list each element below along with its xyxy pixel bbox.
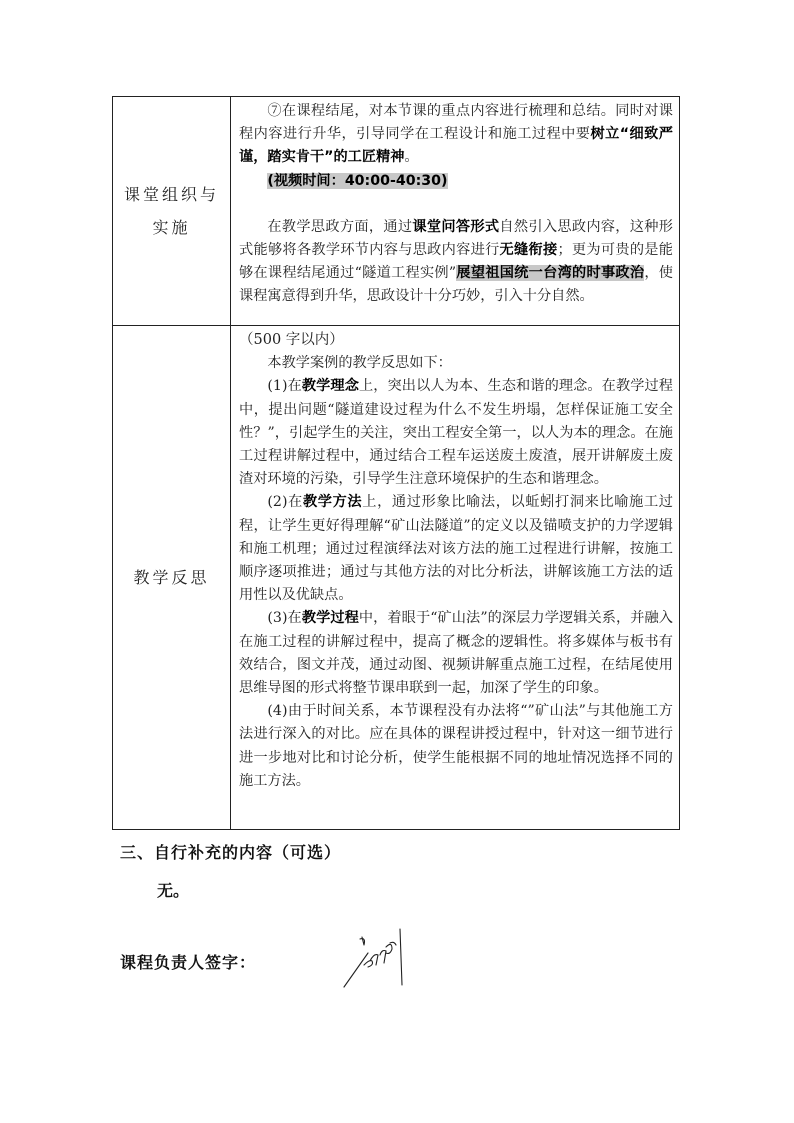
reflection-item-3: (3)在教学过程中，着眼于“矿山法”的深层力学逻辑关系，并融入在施工过程的讲解过…: [239, 607, 673, 700]
row-label-reflection: 教学反思: [113, 326, 231, 829]
section-3-body: 无。: [157, 878, 189, 901]
course-table: 课堂组织与 实施 ⑦在课程结尾，对本节课的重点内容进行梳理和总结。同时对课程内容…: [112, 96, 680, 830]
text-span: 上，突出以人为本、生态和谐的理念。在教学过程中，提出问题“隧道建设过程为什么不发…: [239, 378, 673, 487]
politics-highlight: 展望祖国统一台湾的时事政治: [456, 265, 644, 281]
reflection-intro: 本教学案例的教学反思如下：: [239, 352, 673, 375]
spacer: [239, 193, 673, 216]
video-time-line: (视频时间：40:00-40:30): [239, 170, 673, 193]
handwritten-signature-icon: [340, 925, 420, 990]
text-span: 在教学思政方面，通过: [267, 219, 412, 235]
row-label-organization: 课堂组织与 实施: [113, 97, 231, 325]
text-span: (1)在: [267, 378, 301, 394]
text-span: 。: [404, 149, 418, 165]
section-3-heading: 三、自行补充的内容（可选）: [120, 840, 341, 863]
teaching-process-bold: 教学过程: [302, 610, 359, 626]
teaching-method-bold: 教学方法: [303, 494, 362, 510]
closing-summary-paragraph: ⑦在课程结尾，对本节课的重点内容进行梳理和总结。同时对课程内容进行升华，引导同学…: [239, 100, 673, 170]
row-label-line-2: 实施: [124, 211, 219, 244]
table-row-reflection: 教学反思 （500 字以内） 本教学案例的教学反思如下： (1)在教学理念上，突…: [113, 325, 679, 829]
text-span: (3)在: [267, 610, 301, 626]
reflection-item-2: (2)在教学方法上，通过形象比喻法，以蚯蚓打洞来比喻施工过程，让学生更好得理解“…: [239, 491, 673, 607]
teaching-concept-bold: 教学理念: [302, 378, 359, 394]
video-time-highlight: (视频时间：40:00-40:30): [267, 173, 447, 189]
signature-label: 课程负责人签字：: [120, 950, 256, 973]
text-span: (2)在: [267, 494, 303, 510]
table-row-organization: 课堂组织与 实施 ⑦在课程结尾，对本节课的重点内容进行梳理和总结。同时对课程内容…: [113, 97, 679, 325]
seamless-bold: 无缝衔接: [500, 242, 558, 258]
qa-format-bold: 课堂问答形式: [412, 219, 499, 235]
text-span: 上，通过形象比喻法，以蚯蚓打洞来比喻施工过程，让学生更好得理解“矿山法隧道”的定…: [239, 494, 673, 603]
row-label-line-1: 课堂组织与: [124, 178, 219, 211]
row-content-organization: ⑦在课程结尾，对本节课的重点内容进行梳理和总结。同时对课程内容进行升华，引导同学…: [231, 97, 679, 325]
reflection-item-1: (1)在教学理念上，突出以人为本、生态和谐的理念。在教学过程中，提出问题“隧道建…: [239, 375, 673, 491]
reflection-item-4: (4)由于时间关系，本节课程没有办法将“”矿山法”与其他施工方法进行深入的对比。…: [239, 700, 673, 793]
ideology-paragraph: 在教学思政方面，通过课堂问答形式自然引入思政内容，这种形式能够将各教学环节内容与…: [239, 216, 673, 309]
word-limit-note: （500 字以内）: [239, 329, 673, 352]
row-content-reflection: （500 字以内） 本教学案例的教学反思如下： (1)在教学理念上，突出以人为本…: [231, 326, 679, 829]
